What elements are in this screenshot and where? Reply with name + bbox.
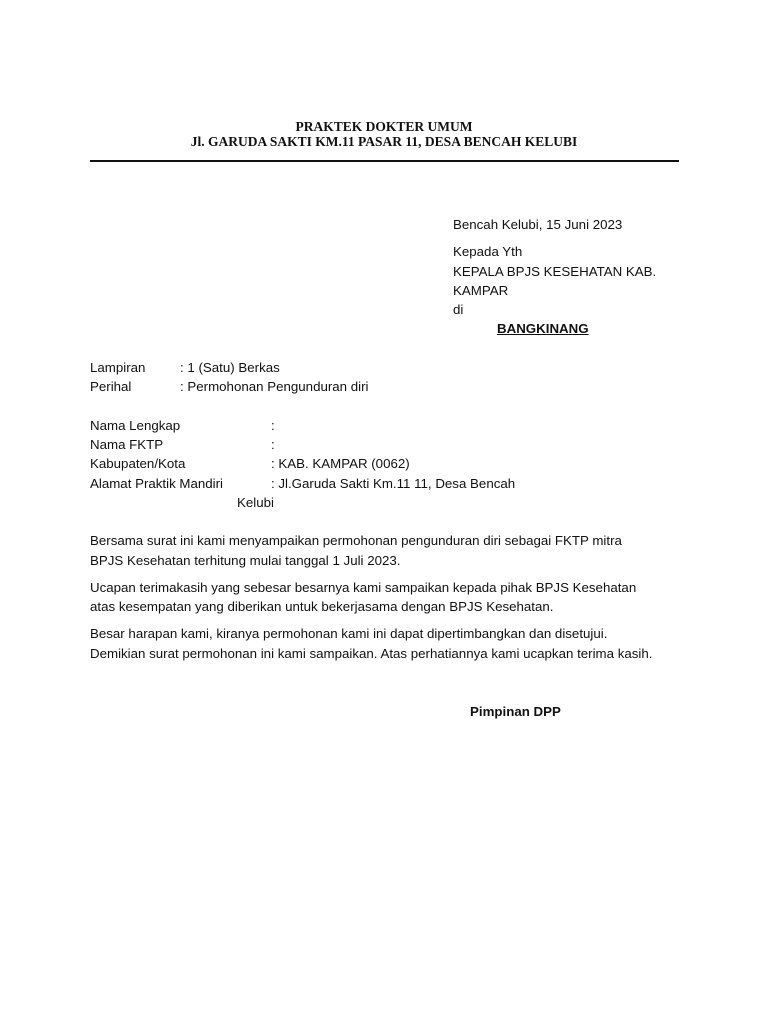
- detail-label: Kabupaten/Kota: [90, 456, 185, 471]
- detail-label: Nama Lengkap: [90, 418, 180, 433]
- detail-value: :: [271, 437, 275, 452]
- body-line: Bersama surat ini kami menyampaikan perm…: [90, 533, 622, 548]
- header-divider: [90, 160, 679, 162]
- meta-value: : 1 (Satu) Berkas: [180, 360, 280, 375]
- recipient-salutation: Kepada Yth: [453, 244, 522, 259]
- letterhead-title: PRAKTEK DOKTER UMUM: [90, 119, 678, 135]
- detail-value-continuation: Kelubi: [237, 495, 274, 510]
- detail-value: : Jl.Garuda Sakti Km.11 11, Desa Bencah: [271, 476, 515, 491]
- detail-label: Nama FKTP: [90, 437, 163, 452]
- body-line: atas kesempatan yang diberikan untuk bek…: [90, 599, 553, 614]
- date-line: Bencah Kelubi, 15 Juni 2023: [453, 217, 622, 232]
- meta-value: : Permohonan Pengunduran diri: [180, 379, 369, 394]
- detail-value: :: [271, 418, 275, 433]
- signature-title: Pimpinan DPP: [470, 704, 561, 719]
- detail-label: Alamat Praktik Mandiri: [90, 476, 223, 491]
- recipient-city: BANGKINANG: [497, 321, 589, 336]
- recipient-line1: KEPALA BPJS KESEHATAN KAB.: [453, 264, 656, 279]
- detail-value: : KAB. KAMPAR (0062): [271, 456, 410, 471]
- recipient-line2: KAMPAR: [453, 283, 508, 298]
- body-line: Besar harapan kami, kiranya permohonan k…: [90, 626, 607, 641]
- meta-label: Perihal: [90, 379, 131, 394]
- body-line: BPJS Kesehatan terhitung mulai tanggal 1…: [90, 553, 400, 568]
- letterhead-address: Jl. GARUDA SAKTI KM.11 PASAR 11, DESA BE…: [90, 134, 678, 150]
- body-line: Demikian surat permohonan ini kami sampa…: [90, 646, 652, 661]
- recipient-di: di: [453, 302, 463, 317]
- body-line: Ucapan terimakasih yang sebesar besarnya…: [90, 580, 636, 595]
- meta-label: Lampiran: [90, 360, 145, 375]
